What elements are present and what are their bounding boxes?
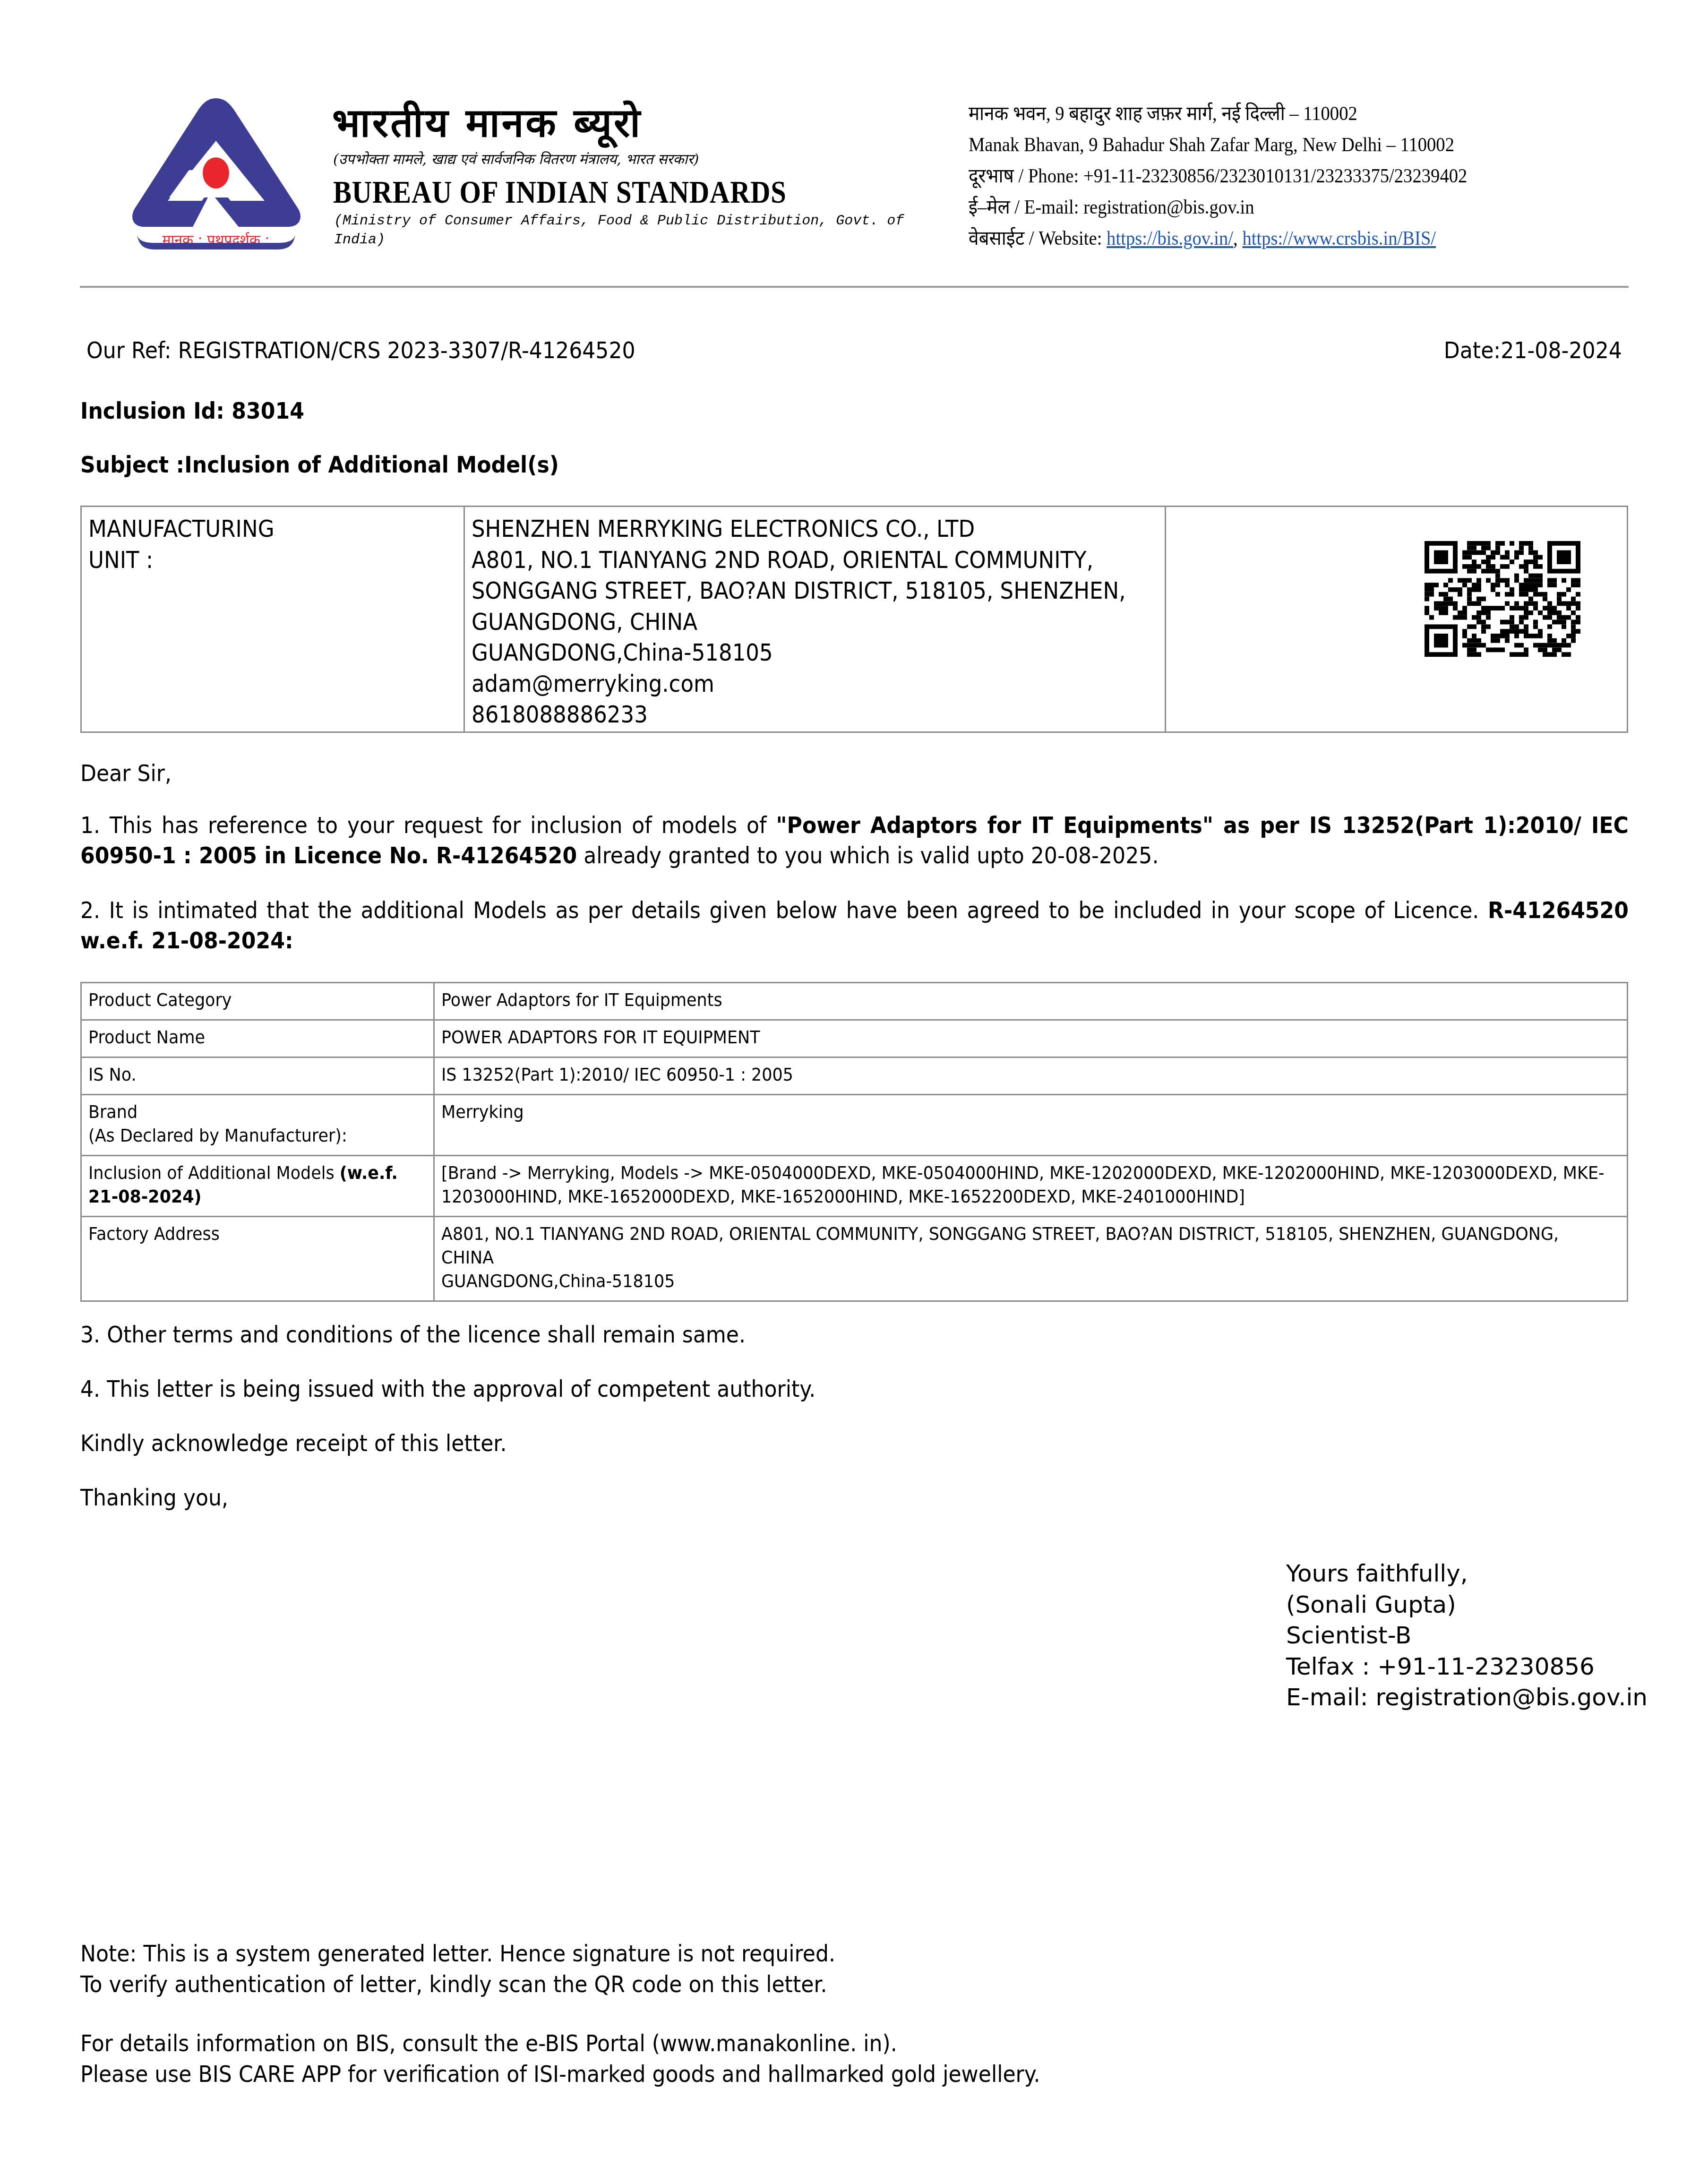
phone-label: दूरभाष / Phone: <box>969 165 1083 187</box>
row-value: Merryking <box>434 1095 1628 1156</box>
mfg-phone: 8618088886233 <box>472 699 1126 731</box>
website-label: वेबसाईट / Website: <box>969 228 1107 249</box>
row-key: Inclusion of Additional Models (w.e.f. 2… <box>81 1156 434 1217</box>
p1-validity: already granted to you which is valid up… <box>577 842 1159 869</box>
hindi-org-title: भारतीय मानक ब्यूरो <box>332 99 642 146</box>
table-row: Product Name POWER ADAPTORS FOR IT EQUIP… <box>81 1020 1628 1057</box>
subject-line: Subject :Inclusion of Additional Model(s… <box>80 450 559 480</box>
hindi-ministry-subtitle: (उपभोक्ता मामले, खाद्य एवं सार्वजनिक वित… <box>333 150 699 169</box>
letter-date: Date:21-08-2024 <box>1444 335 1622 366</box>
note-line: To verify authentication of letter, kind… <box>80 1969 835 2000</box>
website-separator: , <box>1233 228 1242 249</box>
footer-line: Please use BIS CARE APP for verification… <box>80 2059 1040 2090</box>
website-line: वेबसाईट / Website: https://bis.gov.in/, … <box>969 223 1467 254</box>
mfg-address-cell: SHENZHEN MERRYKING ELECTRONICS CO., LTD … <box>465 507 1166 731</box>
english-address: Manak Bhavan, 9 Bahadur Shah Zafar Marg,… <box>969 129 1467 161</box>
english-ministry-subtitle: (Ministry of Consumer Affairs, Food & Pu… <box>334 212 944 249</box>
signatory-telfax: Telfax : +91-11-23230856 <box>1286 1651 1648 1683</box>
footer-info: For details information on BIS, consult … <box>80 2028 1040 2090</box>
row-key: Product Name <box>81 1020 434 1057</box>
email-line: ई–मेल / E-mail: registration@bis.gov.in <box>969 192 1467 223</box>
email-address: registration@bis.gov.in <box>1083 197 1254 218</box>
paragraph-3: 3. Other terms and conditions of the lic… <box>80 1320 746 1350</box>
paragraph-1: 1. This has reference to your request fo… <box>80 810 1629 871</box>
mfg-label-line2: UNIT : <box>88 545 275 576</box>
qr-code-icon[interactable] <box>1425 541 1580 657</box>
english-org-title: BUREAU OF INDIAN STANDARDS <box>333 172 787 211</box>
row-key: Product Category <box>81 983 434 1020</box>
hindi-address: मानक भवन, 9 बहादुर शाह जफ़र मार्ग, नई दि… <box>969 98 1467 129</box>
row-value: IS 13252(Part 1):2010/ IEC 60950-1 : 200… <box>434 1057 1628 1095</box>
thanks-line: Thanking you, <box>80 1483 228 1513</box>
p1-text: 1. This has reference to your request fo… <box>80 812 776 839</box>
mfg-address-line: A801, NO.1 TIANYANG 2ND ROAD, ORIENTAL C… <box>472 545 1126 576</box>
table-row: Brand(As Declared by Manufacturer): Merr… <box>81 1095 1628 1156</box>
our-reference: Our Ref: REGISTRATION/CRS 2023-3307/R-41… <box>86 335 635 366</box>
mfg-address: SHENZHEN MERRYKING ELECTRONICS CO., LTD … <box>472 514 1126 731</box>
signature-block: Yours faithfully, (Sonali Gupta) Scienti… <box>1286 1558 1648 1713</box>
manufacturing-unit-table: MANUFACTURING UNIT : SHENZHEN MERRYKING … <box>80 506 1628 733</box>
inclusion-id: Inclusion Id: 83014 <box>80 396 304 426</box>
salutation-text: Dear Sir, <box>80 758 172 789</box>
bis-logo: मानक : पथप्रदर्शक : <box>128 95 305 250</box>
signatory-name: (Sonali Gupta) <box>1286 1590 1648 1621</box>
product-details-table: Product Category Power Adaptors for IT E… <box>80 982 1628 1302</box>
system-note: Note: This is a system generated letter.… <box>80 1939 835 2000</box>
row-value: POWER ADAPTORS FOR IT EQUIPMENT <box>434 1020 1628 1057</box>
website-link-bis[interactable]: https://bis.gov.in/ <box>1107 228 1233 249</box>
paragraph-4: 4. This letter is being issued with the … <box>80 1374 815 1404</box>
mfg-address-line: SONGGANG STREET, BAO?AN DISTRICT, 518105… <box>472 576 1126 607</box>
row-value-models: [Brand -> Merryking, Models -> MKE-05040… <box>434 1156 1628 1217</box>
p2-text: 2. It is intimated that the additional M… <box>80 897 1488 924</box>
mfg-company-name: SHENZHEN MERRYKING ELECTRONICS CO., LTD <box>472 514 1126 545</box>
mfg-address-line: GUANGDONG,China-518105 <box>472 637 1126 669</box>
closing: Yours faithfully, <box>1286 1558 1648 1590</box>
row-key: Factory Address <box>81 1217 434 1301</box>
mfg-label-line1: MANUFACTURING <box>88 514 275 545</box>
mfg-email: adam@merryking.com <box>472 669 1126 700</box>
website-link-crsbis[interactable]: https://www.crsbis.in/BIS/ <box>1242 228 1436 249</box>
table-row: Product Category Power Adaptors for IT E… <box>81 983 1628 1020</box>
phone-number: +91-11-23230856/2323010131/23233375/2323… <box>1083 165 1467 187</box>
mfg-address-line: GUANGDONG, CHINA <box>472 607 1126 638</box>
bis-triangle-logo-icon: मानक : पथप्रदर्शक : <box>128 95 305 250</box>
signatory-designation: Scientist-B <box>1286 1620 1648 1651</box>
mfg-label-cell: MANUFACTURING UNIT : <box>82 507 465 731</box>
email-label: ई–मेल / E-mail: <box>969 197 1083 218</box>
salutation: Dear Sir, <box>80 758 180 789</box>
phone-line: दूरभाष / Phone: +91-11-23230856/23230101… <box>969 161 1467 192</box>
paragraph-2: 2. It is intimated that the additional M… <box>80 895 1629 956</box>
row-key: IS No. <box>81 1057 434 1095</box>
row-value: Power Adaptors for IT Equipments <box>434 983 1628 1020</box>
table-row: IS No. IS 13252(Part 1):2010/ IEC 60950-… <box>81 1057 1628 1095</box>
row-key: Brand(As Declared by Manufacturer): <box>81 1095 434 1156</box>
table-row: Factory Address A801, NO.1 TIANYANG 2ND … <box>81 1217 1628 1301</box>
header-divider <box>80 286 1629 288</box>
table-row: Inclusion of Additional Models (w.e.f. 2… <box>81 1156 1628 1217</box>
mfg-label: MANUFACTURING UNIT : <box>88 514 275 576</box>
note-line: Note: This is a system generated letter.… <box>80 1939 835 1969</box>
signatory-email: E-mail: registration@bis.gov.in <box>1286 1682 1648 1713</box>
contact-block: मानक भवन, 9 बहादुर शाह जफ़र मार्ग, नई दि… <box>969 98 1511 254</box>
row-value-factory-address: A801, NO.1 TIANYANG 2ND ROAD, ORIENTAL C… <box>434 1217 1628 1301</box>
acknowledge-line: Kindly acknowledge receipt of this lette… <box>80 1428 506 1459</box>
footer-line: For details information on BIS, consult … <box>80 2028 1040 2059</box>
